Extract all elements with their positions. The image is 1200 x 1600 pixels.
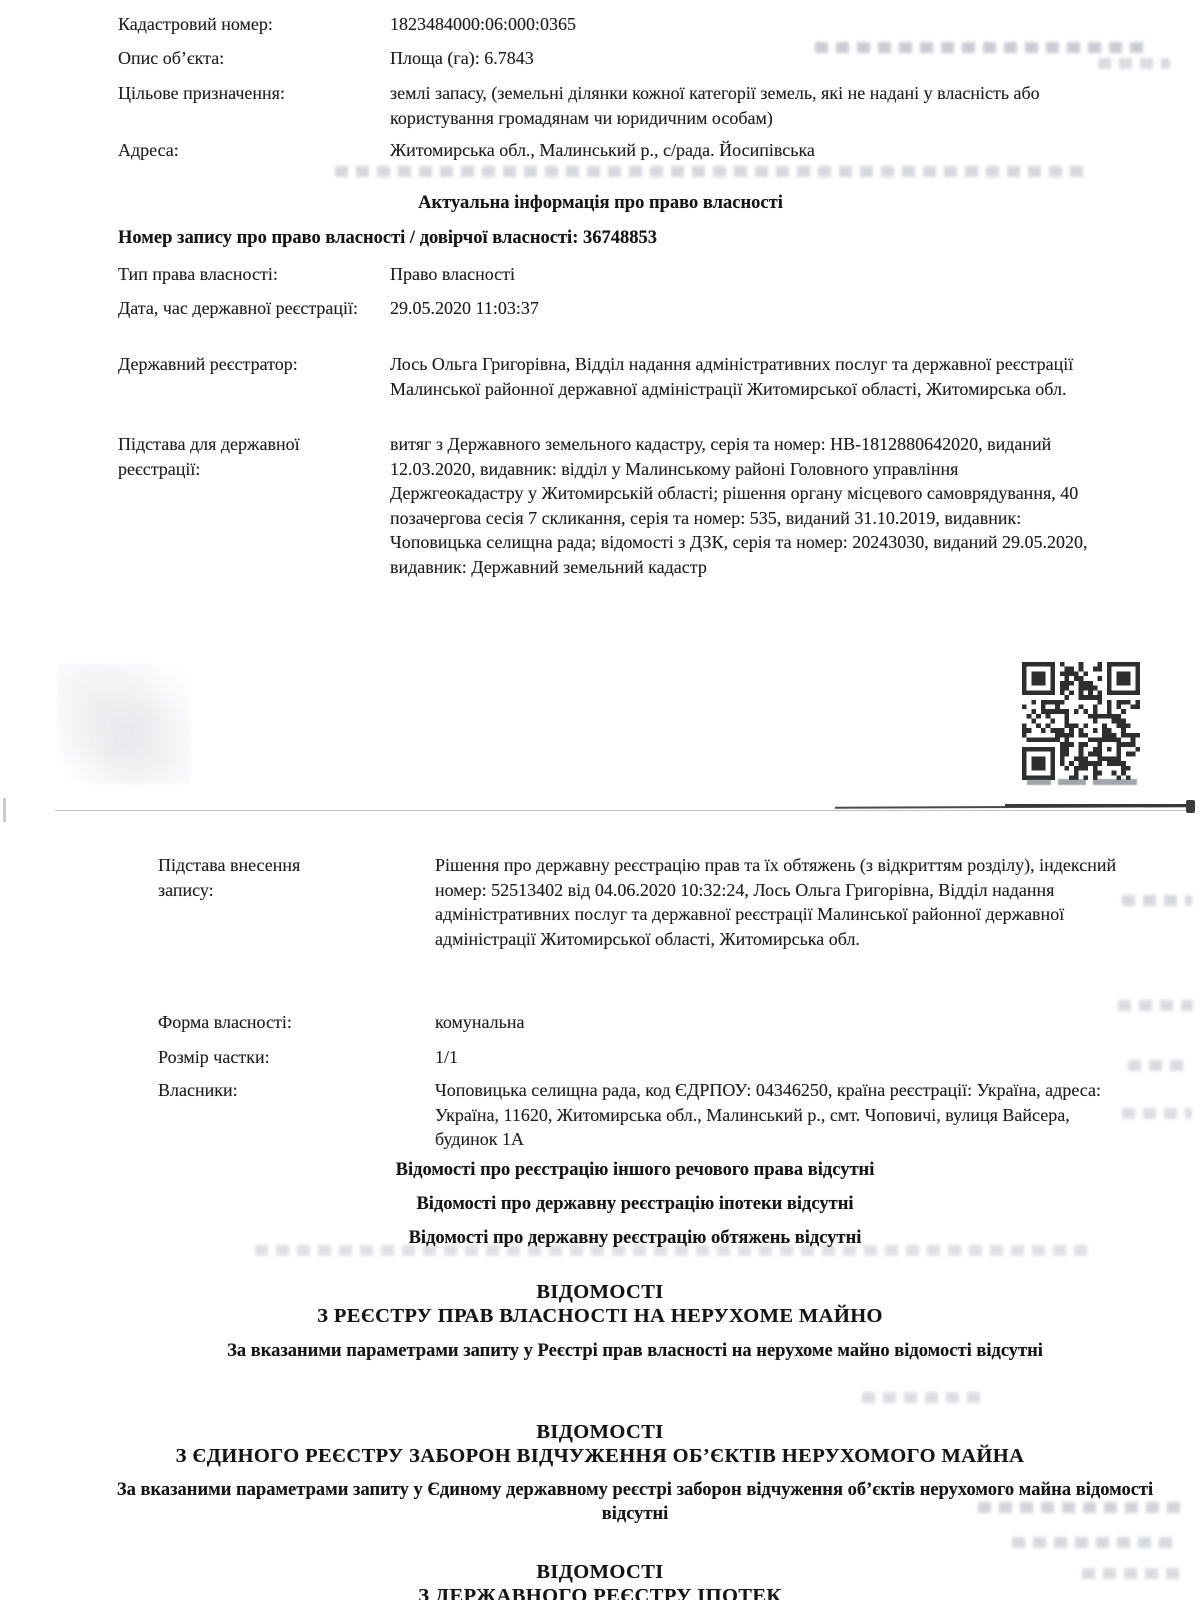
- field-label: Цільове призначення:: [118, 81, 390, 130]
- field-row: Цільове призначення: землі запасу, (земе…: [118, 81, 1090, 130]
- registry-title-line2: З ДЕРЖАВНОГО РЕЄСТРУ ІПОТЕК: [40, 1585, 1160, 1600]
- qr-code-svg: [1022, 662, 1140, 780]
- field-value: Площа (га): 6.7843: [390, 46, 1090, 71]
- bleed-through-artifact: [1098, 58, 1170, 69]
- field-label: Тип права власності:: [118, 262, 390, 287]
- field-label: Дата, час державної реєстрації:: [118, 296, 368, 321]
- field-value: Рішення про державну реєстрацію прав та …: [435, 853, 1135, 951]
- field-label: Підстава внесення запису:: [158, 853, 358, 951]
- absence-note: Відомості про реєстрацію іншого речового…: [90, 1160, 1180, 1181]
- page-divider: [55, 810, 1195, 811]
- bleed-through-artifact: [862, 1392, 982, 1403]
- field-label: Опис об’єкта:: [118, 46, 390, 71]
- section-title-ownership-info: Актуальна інформація про право власності: [118, 193, 1083, 214]
- registry-section-title: ВІДОМОСТІ З ДЕРЖАВНОГО РЕЄСТРУ ІПОТЕК: [40, 1561, 1160, 1600]
- page-divider-dark: [1005, 804, 1195, 807]
- registry-title-line1: ВІДОМОСТІ: [40, 1421, 1160, 1445]
- record-number-line: Номер запису про право власності / довір…: [118, 228, 657, 249]
- field-row: Власники: Чоповицька селищна рада, код Є…: [158, 1078, 1135, 1152]
- bleed-through-artifact: [335, 166, 1090, 177]
- registry-title-line1: ВІДОМОСТІ: [40, 1281, 1160, 1305]
- field-row: Опис об’єкта: Площа (га): 6.7843: [118, 46, 1090, 71]
- field-label: Форма власності:: [158, 1010, 358, 1035]
- field-value: 29.05.2020 11:03:37: [390, 296, 1090, 321]
- registry-section-title: ВІДОМОСТІ З РЕЄСТРУ ПРАВ ВЛАСНОСТІ НА НЕ…: [40, 1281, 1160, 1328]
- field-value: Лось Ольга Григорівна, Відділ надання ад…: [390, 352, 1090, 401]
- field-value: Житомирська обл., Малинський р., с/рада.…: [390, 138, 1090, 163]
- registry-note: За вказаними параметрами запиту у Єдином…: [95, 1479, 1175, 1526]
- field-label: Державний реєстратор:: [118, 352, 390, 401]
- absence-note: Відомості про державну реєстрацію іпотек…: [90, 1194, 1180, 1215]
- field-row: Адреса: Житомирська обл., Малинський р.,…: [118, 138, 1090, 163]
- scanned-extract-document: Кадастровий номер: 1823484000:06:000:036…: [0, 0, 1200, 1600]
- field-row: Підстава для державної реєстрації: витяг…: [118, 432, 1090, 579]
- field-label: Власники:: [158, 1078, 358, 1152]
- field-value: 1823484000:06:000:0365: [390, 12, 1090, 37]
- qr-code: [1022, 662, 1140, 780]
- scan-edge-artifact: [3, 798, 6, 822]
- registry-title-line2: З РЕЄСТРУ ПРАВ ВЛАСНОСТІ НА НЕРУХОМЕ МАЙ…: [40, 1305, 1160, 1329]
- field-value: 1/1: [435, 1045, 1135, 1070]
- field-value: витяг з Державного земельного кадастру, …: [390, 432, 1090, 579]
- field-label: Підстава для державної реєстрації:: [118, 432, 368, 579]
- registry-note: За вказаними параметрами запиту у Реєстр…: [95, 1340, 1175, 1364]
- bleed-through-artifact: [1128, 1060, 1190, 1071]
- field-value: землі запасу, (земельні ділянки кожної к…: [390, 81, 1090, 130]
- page-divider-nub: [1186, 800, 1195, 813]
- bleed-through-artifact: [1012, 1537, 1180, 1548]
- field-row: Розмір частки: 1/1: [158, 1045, 1135, 1070]
- field-label: Адреса:: [118, 138, 390, 163]
- absence-note: Відомості про державну реєстрацію обтяже…: [90, 1228, 1180, 1249]
- field-row: Кадастровий номер: 1823484000:06:000:036…: [118, 12, 1090, 37]
- field-label: Розмір частки:: [158, 1045, 358, 1070]
- field-label: Кадастровий номер:: [118, 12, 390, 37]
- field-row: Тип права власності: Право власності: [118, 262, 1090, 287]
- registry-title-line1: ВІДОМОСТІ: [40, 1561, 1160, 1585]
- field-value: комунальна: [435, 1010, 1135, 1035]
- field-row: Дата, час державної реєстрації: 29.05.20…: [118, 296, 1090, 321]
- field-row: Державний реєстратор: Лось Ольга Григорі…: [118, 352, 1090, 401]
- qr-caption-text: [1027, 779, 1137, 785]
- field-row: Форма власності: комунальна: [158, 1010, 1135, 1035]
- field-value: Чоповицька селищна рада, код ЄДРПОУ: 043…: [435, 1078, 1135, 1152]
- field-value: Право власності: [390, 262, 1090, 287]
- field-row: Підстава внесення запису: Рішення про де…: [158, 853, 1135, 951]
- stamp-ghost-artifact: [58, 664, 190, 784]
- registry-title-line2: З ЄДИНОГО РЕЄСТРУ ЗАБОРОН ВІДЧУЖЕННЯ ОБ’…: [40, 1445, 1160, 1469]
- registry-section-title: ВІДОМОСТІ З ЄДИНОГО РЕЄСТРУ ЗАБОРОН ВІДЧ…: [40, 1421, 1160, 1468]
